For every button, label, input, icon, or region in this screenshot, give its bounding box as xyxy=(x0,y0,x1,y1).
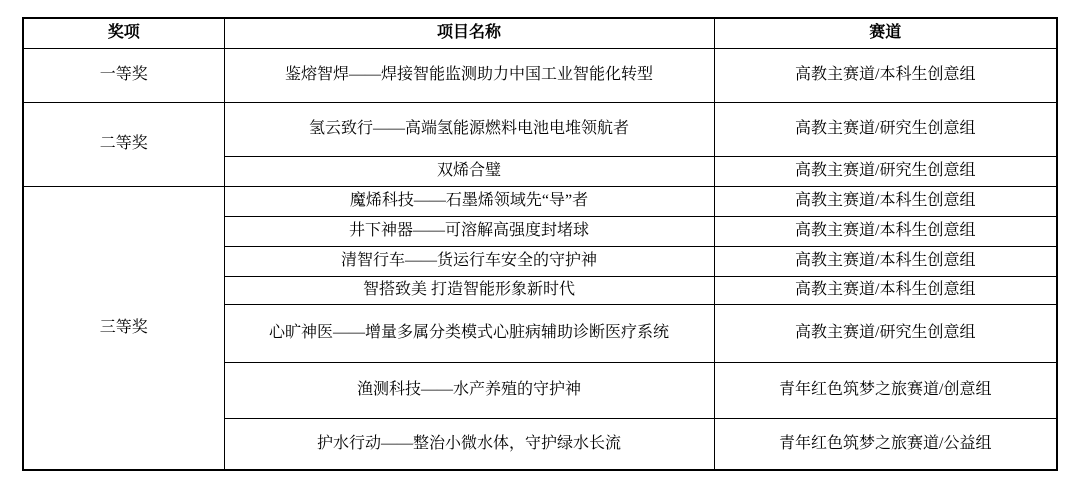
track-cell: 青年红色筑梦之旅赛道/创意组 xyxy=(714,362,1057,418)
track-cell: 高教主赛道/研究生创意组 xyxy=(714,156,1057,186)
project-cell: 智搭致美 打造智能形象新时代 xyxy=(224,276,714,304)
project-cell: 双烯合璧 xyxy=(224,156,714,186)
col-header-track: 赛道 xyxy=(714,18,1057,48)
track-cell: 高教主赛道/本科生创意组 xyxy=(714,186,1057,216)
track-cell: 高教主赛道/本科生创意组 xyxy=(714,48,1057,102)
col-header-project: 项目名称 xyxy=(224,18,714,48)
project-cell: 渔测科技——水产养殖的守护神 xyxy=(224,362,714,418)
project-cell: 清智行车——货运行车安全的守护神 xyxy=(224,246,714,276)
award-cell-third-prize: 三等奖 xyxy=(23,186,224,470)
track-cell: 高教主赛道/本科生创意组 xyxy=(714,246,1057,276)
col-header-award: 奖项 xyxy=(23,18,224,48)
track-cell: 青年红色筑梦之旅赛道/公益组 xyxy=(714,418,1057,470)
project-cell: 氢云致行——高端氢能源燃料电池电堆领航者 xyxy=(224,102,714,156)
award-cell-first-prize: 一等奖 xyxy=(23,48,224,102)
project-cell: 心旷神医——增量多属分类模式心脏病辅助诊断医疗系统 xyxy=(224,304,714,362)
track-cell: 高教主赛道/本科生创意组 xyxy=(714,276,1057,304)
table-row: 一等奖 鉴熔智焊——焊接智能监测助力中国工业智能化转型 高教主赛道/本科生创意组 xyxy=(23,48,1057,102)
track-cell: 高教主赛道/研究生创意组 xyxy=(714,102,1057,156)
track-cell: 高教主赛道/本科生创意组 xyxy=(714,216,1057,246)
track-cell: 高教主赛道/研究生创意组 xyxy=(714,304,1057,362)
table-row: 二等奖 氢云致行——高端氢能源燃料电池电堆领航者 高教主赛道/研究生创意组 xyxy=(23,102,1057,156)
document-page: 奖项 项目名称 赛道 一等奖 鉴熔智焊——焊接智能监测助力中国工业智能化转型 高… xyxy=(0,0,1080,494)
project-cell: 魔烯科技——石墨烯领域先“导”者 xyxy=(224,186,714,216)
project-cell: 鉴熔智焊——焊接智能监测助力中国工业智能化转型 xyxy=(224,48,714,102)
project-cell: 护水行动——整治小微水体，守护绿水长流 xyxy=(224,418,714,470)
table-row: 三等奖 魔烯科技——石墨烯领域先“导”者 高教主赛道/本科生创意组 xyxy=(23,186,1057,216)
header-row: 奖项 项目名称 赛道 xyxy=(23,18,1057,48)
award-cell-second-prize: 二等奖 xyxy=(23,102,224,186)
project-cell: 井下神器——可溶解高强度封堵球 xyxy=(224,216,714,246)
awards-table: 奖项 项目名称 赛道 一等奖 鉴熔智焊——焊接智能监测助力中国工业智能化转型 高… xyxy=(22,17,1058,471)
